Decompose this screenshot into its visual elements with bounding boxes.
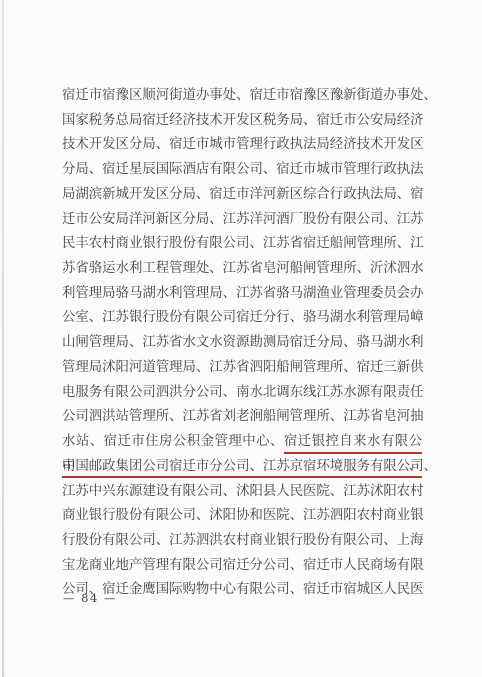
text-line: 利管理局骆马湖水利管理局、江苏省骆马湖渔业管理委员会办 — [62, 282, 422, 307]
text-line-with-red-underline: 水站、宿迁市住房公积金管理中心、宿迁银控自来水有限公司、 — [62, 430, 422, 455]
scan-left-edge-artifact — [2, 0, 4, 677]
text-line: 中国邮政集团公司宿迁市分公司、江苏京宿环境服务有限公司、 — [62, 455, 422, 480]
text-line: 电服务有限公司泗洪分公司、南水北调东线江苏水源有限责任 — [62, 381, 422, 406]
text-line: 民丰农村商业银行股份有限公司、江苏省宿迁船闸管理所、江 — [62, 232, 422, 257]
text-line: 山闸管理局、江苏省水文水资源勘测局宿迁分局、骆马湖水利 — [62, 331, 422, 356]
text-line: 局湖滨新城开发区分局、宿迁市洋河新区综合行政执法局、宿 — [62, 183, 422, 208]
text-line: 管理局沭阳河道管理局、江苏省泗阳船闸管理所、宿迁三新供 — [62, 356, 422, 381]
text-line: 技术开发区分局、宿迁市城市管理行政执法局经济技术开发区 — [62, 133, 422, 158]
text-line: 苏省骆运水利工程管理处、江苏省皂河船闸管理所、沂沭泗水 — [62, 257, 422, 282]
text-line: 商业银行股份有限公司、沭阳协和医院、江苏泗阳农村商业银 — [62, 504, 422, 529]
text-line: 迁市公安局洋河新区分局、江苏洋河酒厂股份有限公司、江苏 — [62, 208, 422, 233]
text-line: 江苏中兴东源建设有限公司、沭阳县人民医院、江苏沭阳农村 — [62, 480, 422, 505]
text-line: 宝龙商业地产管理有限公司宿迁分公司、宿迁市人民商场有限 — [62, 554, 422, 579]
text-line-plain-segment: 水站、宿迁市住房公积金管理中心、 — [62, 434, 284, 449]
scanned-document-page: 宿迁市宿豫区顺河街道办事处、宿迁市宿豫区豫新街道办事处、 国家税务总局宿迁经济技… — [0, 0, 482, 677]
text-line: 行股份有限公司、江苏泗洪农村商业银行股份有限公司、上海 — [62, 529, 422, 554]
text-line: 公司泗洪站管理所、江苏省刘老涧船闸管理所、江苏省皂河抽 — [62, 405, 422, 430]
text-line: 公室、江苏银行股份有限公司宿迁分行、骆马湖水利管理局嶂 — [62, 306, 422, 331]
text-line: 宿迁市宿豫区顺河街道办事处、宿迁市宿豫区豫新街道办事处、 — [62, 84, 422, 109]
page-number: — 84 — — [63, 591, 117, 605]
document-text-block: 宿迁市宿豫区顺河街道办事处、宿迁市宿豫区豫新街道办事处、 国家税务总局宿迁经济技… — [62, 84, 422, 603]
text-line: 国家税务总局宿迁经济技术开发区税务局、宿迁市公安局经济 — [62, 109, 422, 134]
text-line: 分局、宿迁星辰国际酒店有限公司、宿迁市城市管理行政执法 — [62, 158, 422, 183]
